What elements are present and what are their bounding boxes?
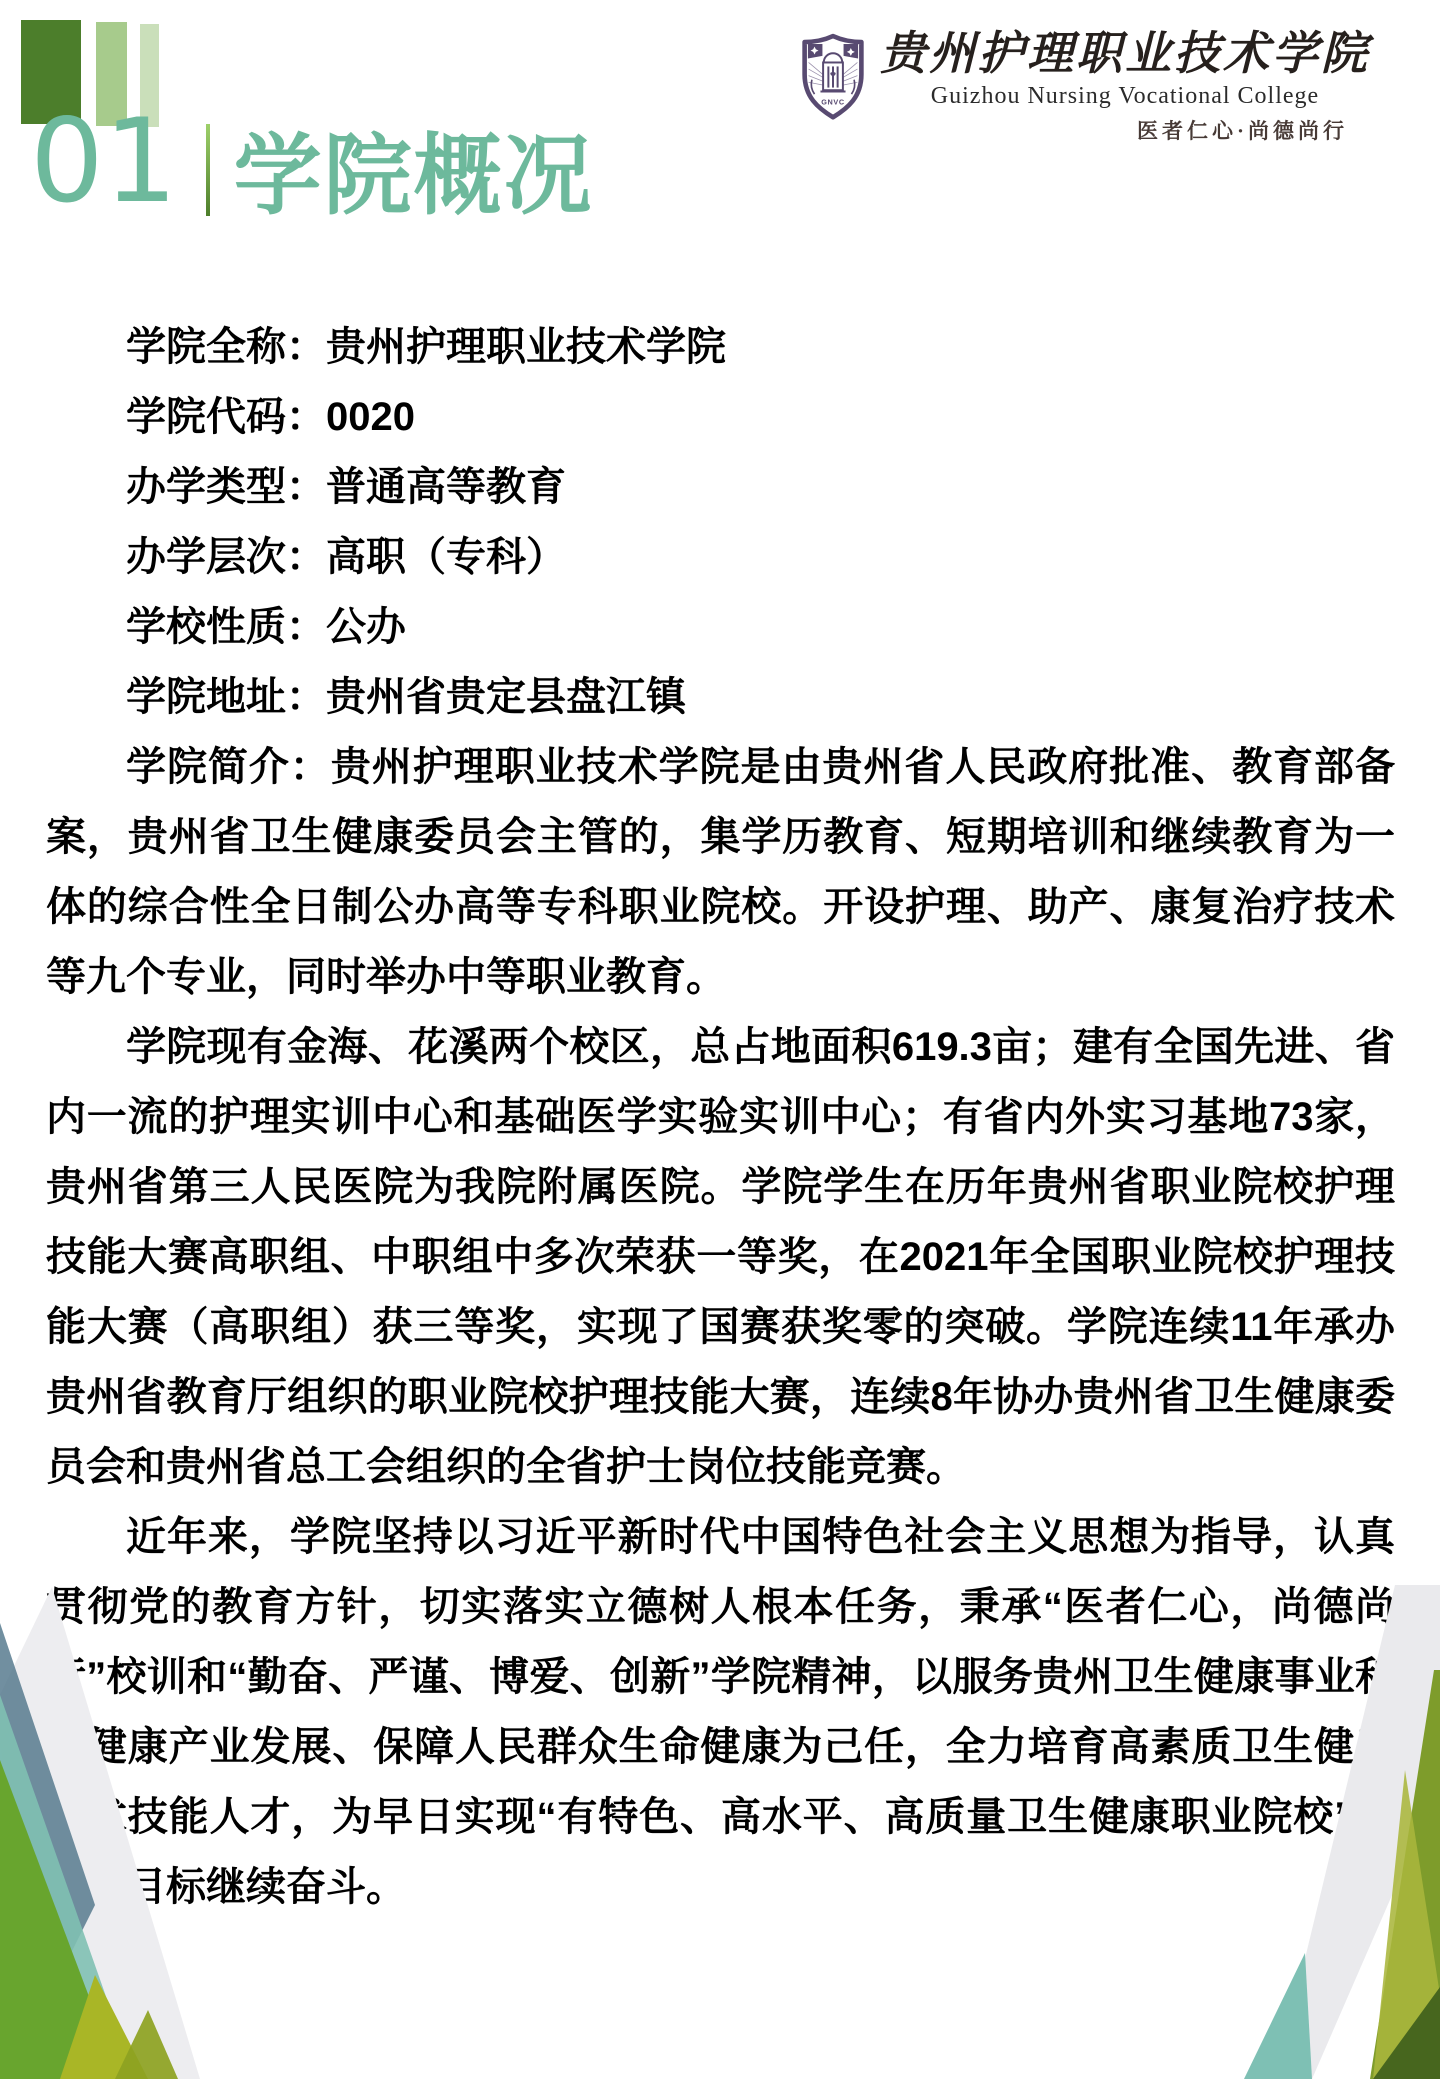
paragraph-intro: 学院简介：贵州护理职业技术学院是由贵州省人民政府批准、教育部备案，贵州省卫生健康… bbox=[46, 732, 1395, 1012]
college-header: GNVC 贵州护理职业技术学院 Guizhou Nursing Vocation… bbox=[800, 28, 1370, 145]
college-motto: 医者仁心·尚德尚行 bbox=[1137, 115, 1348, 145]
brochure-page: GNVC 贵州护理职业技术学院 Guizhou Nursing Vocation… bbox=[0, 0, 1440, 2079]
info-line-school-kind: 学校性质：公办 bbox=[46, 592, 1395, 662]
info-line-edu-level: 办学层次：高职（专科） bbox=[46, 522, 1395, 592]
info-line-edu-type: 办学类型：普通高等教育 bbox=[46, 452, 1395, 522]
college-shield-logo-icon: GNVC bbox=[800, 28, 866, 126]
college-name-en: Guizhou Nursing Vocational College bbox=[931, 83, 1319, 110]
info-line-code: 学院代码：0020 bbox=[46, 382, 1395, 452]
section-heading: 01 学院概况 bbox=[30, 104, 594, 220]
heading-separator-line bbox=[206, 124, 210, 216]
section-number: 01 bbox=[30, 104, 178, 220]
shield-monogram-text: GNVC bbox=[821, 98, 845, 107]
info-line-address: 学院地址：贵州省贵定县盘江镇 bbox=[46, 662, 1395, 732]
body-text: 学院全称：贵州护理职业技术学院 学院代码：0020 办学类型：普通高等教育 办学… bbox=[46, 312, 1395, 1922]
section-title: 学院概况 bbox=[234, 132, 594, 220]
paragraph-campus: 学院现有金海、花溪两个校区，总占地面积619.3亩；建有全国先进、省内一流的护理… bbox=[46, 1012, 1395, 1502]
college-name-zh: 贵州护理职业技术学院 bbox=[880, 28, 1370, 81]
college-logo-text: 贵州护理职业技术学院 Guizhou Nursing Vocational Co… bbox=[880, 28, 1370, 145]
info-line-full-name: 学院全称：贵州护理职业技术学院 bbox=[46, 312, 1395, 382]
paragraph-vision: 近年来，学院坚持以习近平新时代中国特色社会主义思想为指导，认真贯彻党的教育方针，… bbox=[46, 1502, 1395, 1922]
